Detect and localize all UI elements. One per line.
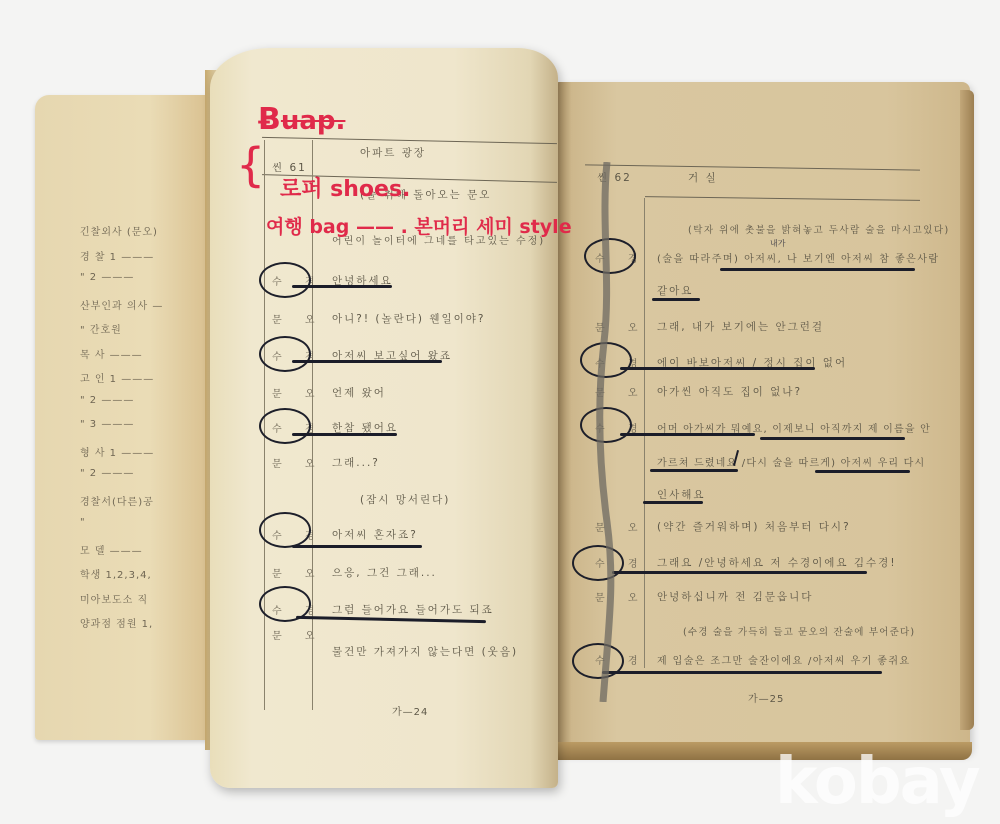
speaker: 문 오 — [272, 455, 325, 470]
page-number: 가—25 — [748, 690, 784, 705]
marker-circle — [259, 336, 311, 372]
marker-underline — [292, 360, 442, 363]
dialogue-line: 아저씨 혼자죠? — [332, 527, 418, 542]
stage-direction: (잠시 망서린다) — [360, 492, 450, 507]
marker-underline — [620, 433, 755, 436]
marker-underline — [612, 571, 867, 574]
marker-underline — [602, 671, 882, 674]
scene-location: 아파트 광장 — [360, 145, 426, 160]
marker-underline — [643, 501, 703, 504]
marker-circle — [259, 512, 311, 548]
dialogue-line: 그래...? — [332, 455, 380, 470]
marker-underline — [760, 437, 905, 440]
dialogue-continuation: 가르쳐 드렸네요 /다시 술을 따르게) 아저씨 우리 다시 — [657, 454, 925, 469]
dialogue-line: (술을 따라주며) 아저씨, 나 보기엔 아저씨 참 좋은사람 — [657, 250, 940, 265]
dialogue-line: 그래요 /안녕하세요 저 수경이에요 김수경! — [657, 555, 897, 570]
speaker: 문 오 — [272, 565, 325, 580]
pencil-strike-line — [595, 162, 615, 702]
speaker: 문 오 — [272, 627, 325, 642]
marker-underline — [292, 433, 397, 436]
dialogue-line: 그럼 들어가요 들어가도 되죠 — [332, 602, 494, 617]
stage-direction: (탁자 위에 촛불을 밝혀놓고 두사람 술을 마시고있다) — [688, 222, 950, 236]
marker-circle — [259, 262, 311, 298]
handwritten-insert: 내가 — [770, 238, 785, 249]
stage-direction: (수경 술을 가득히 들고 문오의 잔술에 부어준다) — [683, 624, 915, 638]
dialogue-line: 으응, 그건 그래... — [332, 565, 437, 580]
page-edge-stack — [960, 90, 974, 730]
marker-underline — [652, 298, 700, 301]
dialogue-line: 제 입술은 조그만 술잔이에요 /아저씨 우기 좋쥐요 — [657, 652, 910, 667]
red-annotation-crossed: Ƀuap. — [258, 102, 345, 137]
dialogue-line: 언제 왔어 — [332, 385, 386, 400]
marker-underline — [292, 285, 392, 288]
marker-underline — [720, 268, 915, 271]
watermark: kobay — [775, 745, 979, 819]
speaker: 문 오 — [272, 385, 325, 400]
speaker: 문 오 — [272, 311, 325, 326]
dialogue-line: 아니?! (놀란다) 웬일이야? — [332, 311, 486, 326]
red-annotation-bag: 여행 bag —— . 본머리 세미 style — [266, 212, 572, 239]
page-number: 가—24 — [392, 703, 428, 718]
red-annotation-shoes: 로퍼 shoes. — [280, 172, 410, 203]
dialogue-line: 그래, 내가 보기에는 안그런걸 — [657, 319, 824, 334]
marker-circle — [259, 408, 311, 444]
dialogue-continuation: 인사해요 — [657, 487, 706, 502]
red-brace: { — [236, 138, 265, 192]
dialogue-continuation: 같아요 — [657, 283, 693, 298]
marker-underline — [815, 470, 910, 473]
dialogue-line: 안녕하십니까 전 김문옵니다 — [657, 589, 813, 604]
dialogue-line: 물건만 가져가지 않는다면 (웃음) — [332, 644, 518, 659]
cast-list-page: 긴찰외사 (문오) 경 찰 1 ——— " 2 ——— 산부인과 의사 — " … — [35, 95, 225, 740]
marker-underline — [292, 545, 422, 548]
marker-underline — [620, 367, 815, 370]
dialogue-line: (약간 즐거워하며) 처음부터 다시? — [657, 519, 851, 534]
dialogue-line: 아가씬 아직도 집이 없나? — [657, 384, 802, 399]
marker-underline — [650, 469, 738, 472]
scene-location: 거 실 — [688, 170, 718, 185]
